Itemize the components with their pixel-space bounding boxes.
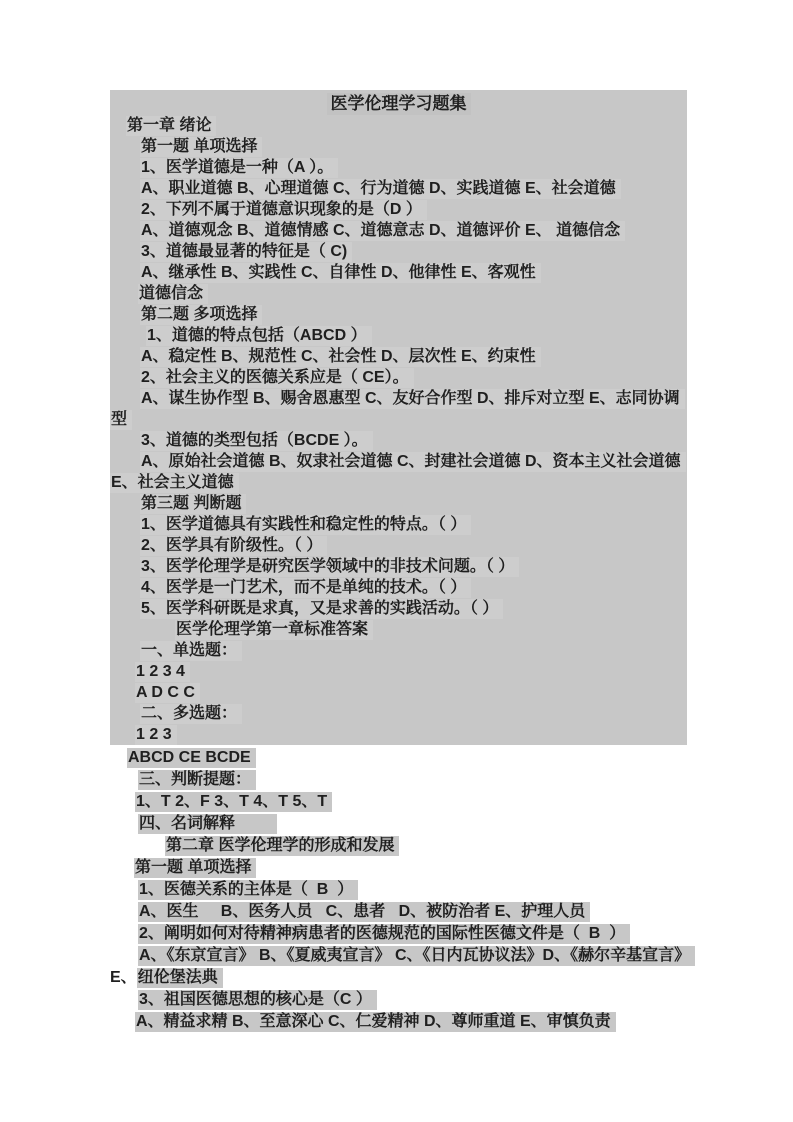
text-line: 第二章 医学伦理学的形成和发展	[110, 835, 687, 857]
text-line: 第一题 单项选择	[110, 857, 687, 879]
document-title-text: 医学伦理学习题集	[327, 93, 471, 115]
highlighted-text: 医学伦理学第一章标准答案	[175, 620, 373, 640]
text-line: 三、判断提题：	[110, 769, 687, 791]
highlighted-text: 第一题 单项选择	[134, 858, 256, 878]
text-line: 2、社会主义的医德关系应是（ CE）。	[110, 367, 687, 388]
highlighted-text: A、谋生协作型 B、赐舍恩惠型 C、友好合作型 D、排斥对立型 E、志同协调	[140, 389, 685, 409]
highlighted-text: 三、判断提题：	[138, 770, 256, 790]
unhighlighted-prefix: E、	[110, 969, 137, 986]
text-line: 道德信念	[110, 283, 687, 304]
highlighted-text: E、社会主义道德	[110, 473, 239, 493]
text-line: A、稳定性 B、规范性 C、社会性 D、层次性 E、约束性	[110, 346, 687, 367]
text-line: 四、名词解释	[110, 813, 687, 835]
text-line: A、《东京宣言》 B、《夏威夷宣言》 C、《日内瓦协议法》D、《赫尔辛基宣言》	[110, 945, 687, 967]
highlighted-text: 型	[110, 410, 132, 430]
text-line: A、职业道德 B、心理道德 C、行为道德 D、实践道德 E、社会道德	[110, 178, 687, 199]
text-line: 一、单选题：	[110, 640, 687, 661]
text-line: 3、祖国医德思想的核心是（C ）	[110, 989, 687, 1011]
text-line: 1、T 2、F 3、T 4、T 5、T	[110, 791, 687, 813]
text-line: A、继承性 B、实践性 C、自律性 D、他律性 E、客观性	[110, 262, 687, 283]
highlighted-text: 3、道德的类型包括（BCDE ）。	[140, 431, 373, 451]
text-line: A D C C	[110, 682, 687, 703]
highlighted-text: A、精益求精 B、至意深心 C、仁爱精神 D、尊师重道 E、审慎负责	[135, 1012, 616, 1032]
highlighted-text: 3、祖国医德思想的核心是（C ）	[138, 990, 377, 1010]
text-line: 第一章 绪论	[110, 115, 687, 136]
highlighted-text: 1 2 3	[135, 725, 177, 745]
highlighted-text: 1、道德的特点包括（ABCD ）	[146, 326, 372, 346]
text-line: 1 2 3 4	[110, 661, 687, 682]
highlighted-text: 2、医学具有阶级性。（ ）	[140, 536, 327, 556]
highlighted-text: 1、医德关系的主体是（ B ）	[138, 880, 358, 900]
highlighted-text: 第二章 医学伦理学的形成和发展	[165, 836, 399, 856]
text-line: A、谋生协作型 B、赐舍恩惠型 C、友好合作型 D、排斥对立型 E、志同协调	[110, 388, 687, 409]
highlighted-text: A、继承性 B、实践性 C、自律性 D、他律性 E、客观性	[140, 263, 541, 283]
text-line: 2、阐明如何对待精神病患者的医德规范的国际性医德文件是（ B ）	[110, 923, 687, 945]
highlighted-text: 2、社会主义的医德关系应是（ CE）。	[140, 368, 414, 388]
highlighted-text: 第一章 绪论	[126, 116, 216, 136]
highlighted-text: 纽伦堡法典	[137, 968, 223, 988]
highlighted-text: A、道德观念 B、道德情感 C、道德意志 D、道德评价 E、 道德信念	[140, 221, 625, 241]
document-title: 医学伦理学习题集	[110, 93, 687, 115]
highlighted-text: 1、医学道德具有实践性和稳定性的特点。（ ）	[140, 515, 471, 535]
text-line: A、原始社会道德 B、奴隶社会道德 C、封建社会道德 D、资本主义社会道德	[110, 451, 687, 472]
highlighted-text: 一、单选题：	[140, 641, 242, 661]
highlighted-text: 2、阐明如何对待精神病患者的医德规范的国际性医德文件是（ B ）	[138, 924, 630, 944]
text-line: 1、医学道德是一种（A ）。	[110, 157, 687, 178]
highlighted-text: 1、医学道德是一种（A ）。	[140, 158, 338, 178]
highlighted-text: 1、T 2、F 3、T 4、T 5、T	[135, 792, 332, 812]
highlighted-text: 第一题 单项选择	[140, 137, 262, 157]
text-line: 第三题 判断题	[110, 493, 687, 514]
highlighted-text: A D C C	[135, 683, 200, 703]
highlighted-text: 第二题 多项选择	[140, 305, 262, 325]
text-line: 第二题 多项选择	[110, 304, 687, 325]
text-line: 2、医学具有阶级性。（ ）	[110, 535, 687, 556]
highlighted-text: 3、道德最显著的特征是（ C)	[140, 242, 352, 262]
highlighted-text: A、原始社会道德 B、奴隶社会道德 C、封建社会道德 D、资本主义社会道德	[140, 452, 686, 472]
highlighted-text: 二、多选题：	[140, 704, 242, 724]
text-line: 3、道德最显著的特征是（ C)	[110, 241, 687, 262]
text-line: 3、医学伦理学是研究医学领域中的非技术问题。（ ）	[110, 556, 687, 577]
document-page: 医学伦理学习题集 第一章 绪论第一题 单项选择1、医学道德是一种（A ）。A、职…	[0, 0, 793, 1122]
highlighted-text: 四、名词解释	[138, 814, 277, 834]
highlighted-text: ABCD CE BCDE	[127, 748, 256, 768]
highlighted-text: 1 2 3 4	[135, 662, 190, 682]
text-line: 5、医学科研既是求真，又是求善的实践活动。（ ）	[110, 598, 687, 619]
text-line: 4、医学是一门艺术，而不是单纯的技术。（ ）	[110, 577, 687, 598]
text-line: 3、道德的类型包括（BCDE ）。	[110, 430, 687, 451]
highlighted-text: 3、医学伦理学是研究医学领域中的非技术问题。（ ）	[140, 557, 519, 577]
highlighted-text: A、《东京宣言》 B、《夏威夷宣言》 C、《日内瓦协议法》D、《赫尔辛基宣言》	[138, 946, 695, 966]
text-line: 1、道德的特点包括（ABCD ）	[110, 325, 687, 346]
highlighted-text: A、稳定性 B、规范性 C、社会性 D、层次性 E、约束性	[140, 347, 541, 367]
text-line: E、纽伦堡法典	[110, 967, 687, 989]
text-line: 医学伦理学第一章标准答案	[110, 619, 687, 640]
text-line: 1、医德关系的主体是（ B ）	[110, 879, 687, 901]
highlighted-paragraph-block: 医学伦理学习题集 第一章 绪论第一题 单项选择1、医学道德是一种（A ）。A、职…	[110, 90, 687, 745]
text-line: 型	[110, 409, 687, 430]
lower-text-section: ABCD CE BCDE三、判断提题：1、T 2、F 3、T 4、T 5、T四、…	[110, 747, 687, 1033]
text-line: 2、下列不属于道德意识现象的是（D ）	[110, 199, 687, 220]
text-line: A、医生 B、医务人员 C、患者 D、被防治者 E、护理人员	[110, 901, 687, 923]
text-line: 二、多选题：	[110, 703, 687, 724]
text-line: ABCD CE BCDE	[110, 747, 687, 769]
highlighted-text: 2、下列不属于道德意识现象的是（D ）	[140, 200, 427, 220]
highlighted-text: 第三题 判断题	[140, 494, 246, 514]
highlighted-text: 4、医学是一门艺术，而不是单纯的技术。（ ）	[140, 578, 471, 598]
text-line: E、社会主义道德	[110, 472, 687, 493]
highlighted-text: A、医生 B、医务人员 C、患者 D、被防治者 E、护理人员	[138, 902, 590, 922]
text-line: A、道德观念 B、道德情感 C、道德意志 D、道德评价 E、 道德信念	[110, 220, 687, 241]
text-line: 1、医学道德具有实践性和稳定性的特点。（ ）	[110, 514, 687, 535]
text-line: 第一题 单项选择	[110, 136, 687, 157]
highlighted-text: A、职业道德 B、心理道德 C、行为道德 D、实践道德 E、社会道德	[140, 179, 621, 199]
highlighted-text: 5、医学科研既是求真，又是求善的实践活动。（ ）	[140, 599, 503, 619]
highlighted-text: 道德信念	[138, 284, 208, 304]
text-line: 1 2 3	[110, 724, 687, 745]
text-line: A、精益求精 B、至意深心 C、仁爱精神 D、尊师重道 E、审慎负责	[110, 1011, 687, 1033]
